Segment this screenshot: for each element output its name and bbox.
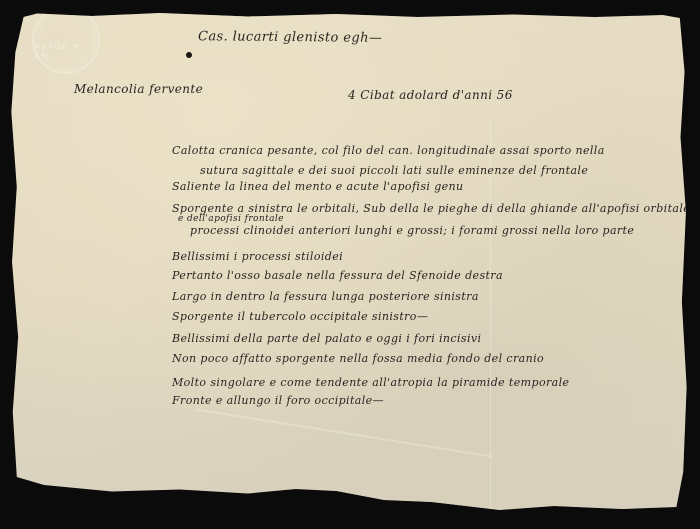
diagnosis-label: Melancolia fervente — [74, 82, 203, 96]
manuscript-line: Bellissimi i processi stiloidei — [172, 250, 343, 263]
manuscript-line: Pertanto l'osso basale nella fessura del… — [172, 269, 503, 282]
subject-label: 4 Cibat adolard d'anni 56 — [348, 88, 513, 102]
manuscript-line: Calotta cranica pesante, col filo del ca… — [172, 144, 605, 157]
manuscript-line: Bellissimi della parte del palato e oggi… — [172, 332, 481, 345]
manuscript-line: Non poco affatto sporgente nella fossa m… — [172, 352, 544, 365]
embossed-stamp: AVAGE ✦ AN — [32, 6, 100, 74]
ink-blot — [186, 52, 192, 58]
manuscript-line: sutura sagittale e dei suoi piccoli lati… — [200, 164, 588, 177]
manuscript-line: Fronte e allungo il foro occipitale— — [172, 394, 384, 407]
manuscript-line: Sporgente il tubercolo occipitale sinist… — [172, 310, 428, 323]
paper-crease — [490, 122, 491, 512]
paper-crease — [196, 409, 493, 458]
manuscript-page: AVAGE ✦ AN Cas. lucarti glenisto egh— Me… — [10, 12, 690, 512]
manuscript-insertion: e dell'apofisi frontale — [178, 214, 284, 224]
manuscript-line: Saliente la linea del mento e acute l'ap… — [172, 180, 464, 193]
page-heading: Cas. lucarti glenisto egh— — [198, 29, 382, 46]
manuscript-line: Molto singolare e come tendente all'atro… — [172, 376, 569, 389]
manuscript-line: processi clinoidei anteriori lunghi e gr… — [190, 224, 634, 237]
manuscript-line: Largo in dentro la fessura lunga posteri… — [172, 290, 479, 303]
